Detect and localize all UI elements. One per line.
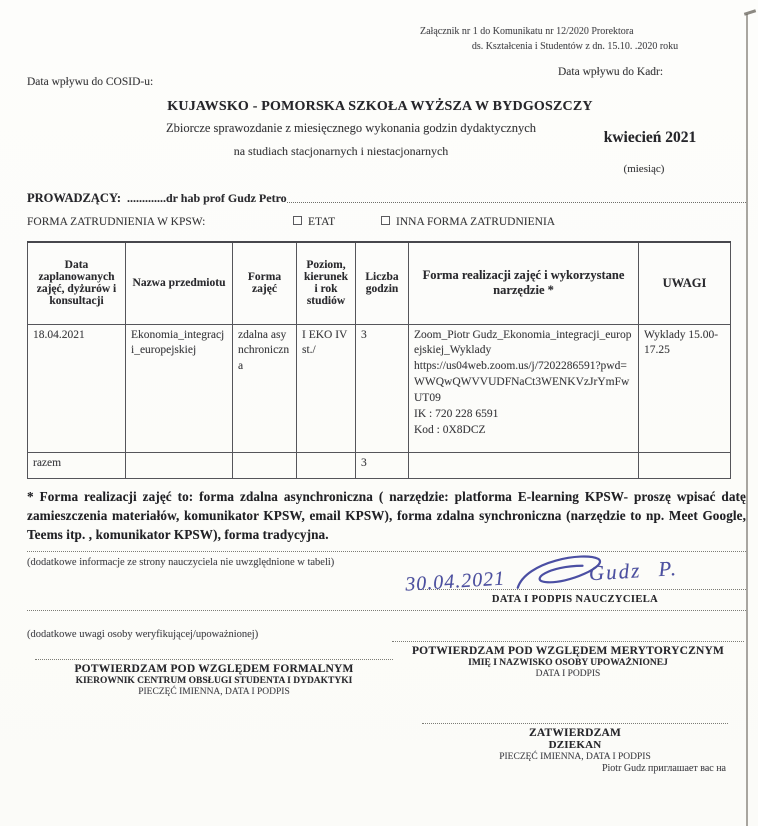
signature-caption: DATA I PODPIS NAUCZYCIELA	[440, 594, 710, 605]
cell-date: 18.04.2021	[28, 324, 126, 452]
cell-empty	[639, 452, 731, 478]
approval-dean-block: ZATWIERDZAM DZIEKAN PIECZĘĆ IMIENNA, DAT…	[422, 723, 728, 774]
approval-formal-subtitle: KIEROWNIK CENTRUM OBSŁUGI STUDENTA I DYD…	[35, 676, 393, 686]
col-header-hours: Liczba godzin	[356, 242, 409, 324]
checkbox-icon-etat	[293, 216, 302, 225]
approval-formal-title: POTWIERDZAM POD WZGLĘDEM FORMALNYM	[35, 663, 393, 675]
approval-merit-caption: DATA I PODPIS	[392, 669, 744, 679]
approval-formal-caption: PIECZĘĆ IMIENNA, DATA I PODPIS	[35, 687, 393, 697]
approval-merit-title: POTWIERDZAM POD WZGLĘDEM MERYTORYCZNYM	[392, 645, 744, 657]
employment-option-other: INNA FORMA ZATRUDNIENIA	[381, 216, 555, 228]
handwritten-date: 30.04.2021	[405, 567, 506, 596]
handwritten-name: Gudz P.	[588, 555, 678, 585]
approval-dean-caption: PIECZĘĆ IMIENNA, DATA I PODPIS	[422, 752, 728, 762]
realization-line: IK : 720 228 6591	[414, 407, 633, 423]
scan-corner-mark	[744, 9, 756, 16]
lecturer-value: .............dr hab prof Gudz Petro	[127, 191, 287, 206]
month-caption: (miesiąc)	[566, 163, 722, 175]
checkbox-icon-other	[381, 216, 390, 225]
lecturer-row: PROWADZĄCY: .............dr hab prof Gud…	[27, 191, 746, 206]
col-header-form: Forma zajęć	[233, 242, 297, 324]
lecturer-label: PROWADZĄCY:	[27, 191, 127, 206]
employment-option-etat-label: ETAT	[308, 216, 335, 228]
cell-level: I EKO IV st./	[297, 324, 356, 452]
cell-total-hours: 3	[356, 452, 409, 478]
col-header-date: Data zaplanowanych zajęć, dyżurów i kons…	[28, 242, 126, 324]
approval-dean-title: ZATWIERDZAM	[422, 727, 728, 739]
approval-formal-block: POTWIERDZAM POD WZGLĘDEM FORMALNYM KIERO…	[35, 659, 393, 697]
realization-footnote: * Forma realizacji zajęć to: forma zdaln…	[27, 487, 746, 544]
approval-dean-extra: Piotr Gudz приглашает вас на	[422, 763, 728, 774]
attachment-line-1: Załącznik nr 1 do Komunikatu nr 12/2020 …	[420, 24, 730, 39]
employment-option-etat: ETAT	[293, 216, 335, 228]
cell-empty	[409, 452, 639, 478]
cell-hours: 3	[356, 324, 409, 452]
form-title: KUJAWSKO - POMORSKA SZKOŁA WYŻSZA W BYDG…	[0, 99, 758, 115]
verifier-note: (dodatkowe uwagi osoby weryfikującej/upo…	[27, 629, 258, 640]
teacher-note: (dodatkowe informacje ze strony nauczyci…	[27, 557, 334, 568]
realization-line: Zoom_Piotr Gudz_Ekonomia_integracji_euro…	[414, 328, 633, 360]
table-row: 18.04.2021 Ekonomia_integracji_europejsk…	[28, 324, 731, 452]
attachment-note: Załącznik nr 1 do Komunikatu nr 12/2020 …	[420, 24, 730, 54]
col-header-remarks: UWAGI	[639, 242, 731, 324]
realization-line: Kod : 0X8DCZ	[414, 423, 633, 439]
month-value: kwiecień 2021	[566, 129, 734, 147]
cell-empty	[233, 452, 297, 478]
cell-subject: Ekonomia_integracji_europejskiej	[126, 324, 233, 452]
hours-table: Data zaplanowanych zajęć, dyżurów i kons…	[27, 241, 731, 479]
date-received-kadr-label: Data wpływu do Kadr:	[558, 66, 663, 78]
col-header-subject: Nazwa przedmiotu	[126, 242, 233, 324]
employment-label: FORMA ZATRUDNIENIA W KPSW:	[27, 216, 205, 228]
cell-total-label: razem	[28, 452, 126, 478]
col-header-level: Poziom, kierunek i rok studiów	[297, 242, 356, 324]
cell-remarks: Wyklady 15.00-17.25	[639, 324, 731, 452]
cell-empty	[297, 452, 356, 478]
scanned-form-page: Załącznik nr 1 do Komunikatu nr 12/2020 …	[0, 0, 758, 826]
cell-form: zdalna asynchroniczna	[233, 324, 297, 452]
dotted-line	[27, 610, 746, 611]
realization-line: https://us04web.zoom.us/j/7202286591?pwd…	[414, 359, 633, 407]
employment-option-other-label: INNA FORMA ZATRUDNIENIA	[396, 216, 555, 228]
cell-realization: Zoom_Piotr Gudz_Ekonomia_integracji_euro…	[409, 324, 639, 452]
attachment-line-2: ds. Kształcenia i Studentów z dn. 15.10.…	[420, 39, 730, 54]
approval-merit-subtitle: IMIĘ I NAZWISKO OSOBY UPOWAŻNIONEJ	[392, 658, 744, 668]
approval-dean-subtitle: DZIEKAN	[422, 739, 728, 751]
cell-empty	[126, 452, 233, 478]
approval-merit-block: POTWIERDZAM POD WZGLĘDEM MERYTORYCZNYM I…	[392, 641, 744, 679]
dotted-filler	[287, 201, 746, 203]
col-header-realization: Forma realizacji zajęć i wykorzystane na…	[409, 242, 639, 324]
date-received-cosid-label: Data wpływu do COSID-u:	[27, 76, 153, 88]
table-header-row: Data zaplanowanych zajęć, dyżurów i kons…	[28, 242, 731, 324]
table-total-row: razem 3	[28, 452, 731, 478]
scan-edge-line	[746, 14, 748, 826]
